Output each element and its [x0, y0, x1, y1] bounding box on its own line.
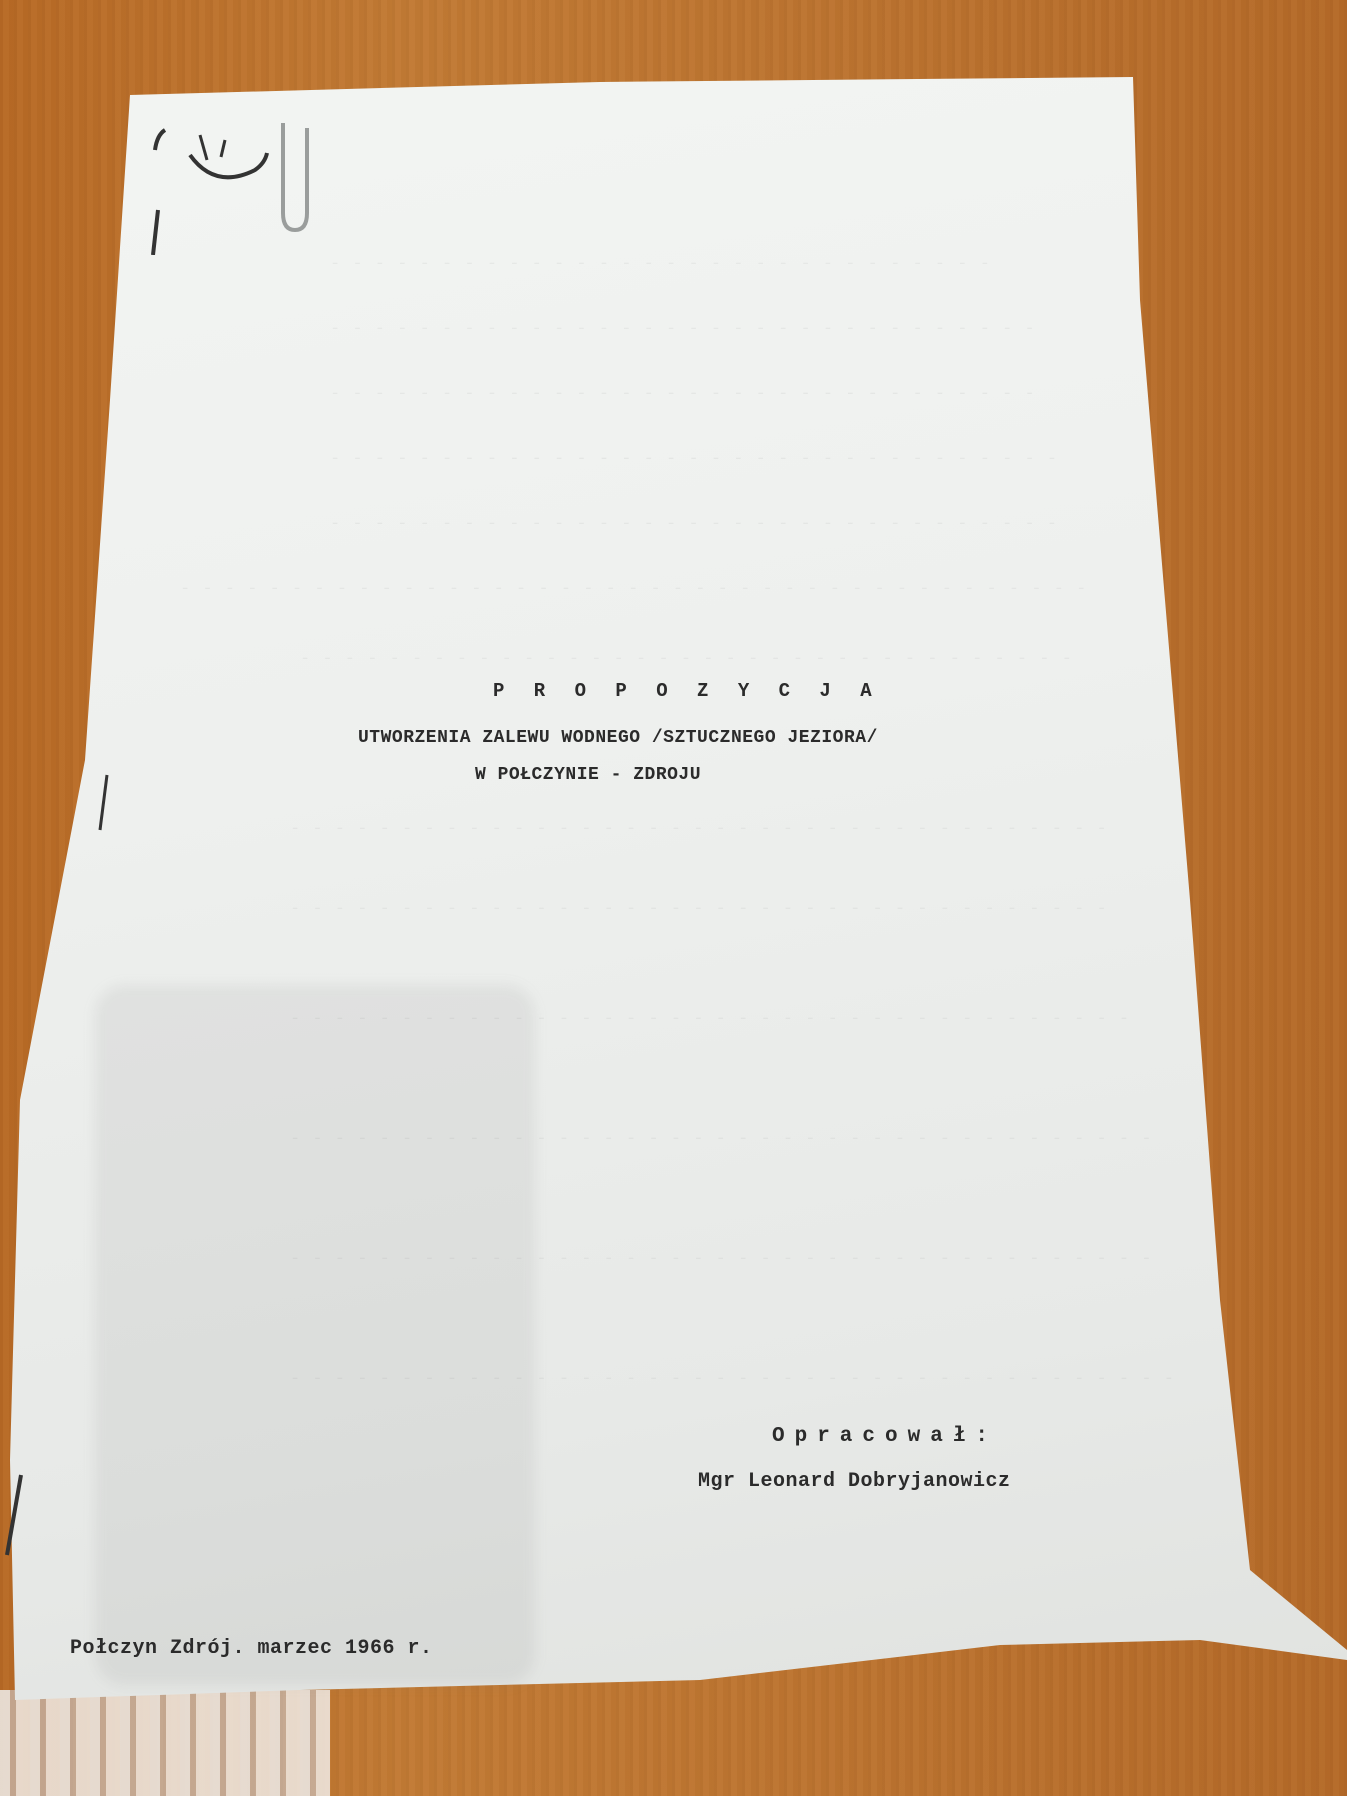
photo-shadow [95, 985, 535, 1685]
table-glare [0, 1690, 330, 1796]
place-and-date: Połczyn Zdrój. marzec 1966 r. [70, 1637, 433, 1660]
margin-mark-icon [3, 1470, 28, 1560]
handwritten-scribble-icon [145, 115, 290, 255]
document-subtitle: UTWORZENIA ZALEWU WODNEGO /SZTUCZNEGO JE… [358, 728, 878, 748]
document-subtitle-location: W POŁCZYNIE - ZDROJU [475, 765, 701, 785]
margin-mark-icon [95, 770, 115, 840]
author-name: Mgr Leonard Dobryjanowicz [698, 1470, 1011, 1493]
document-title: P R O P O Z Y C J A [493, 680, 881, 702]
prepared-by-label: Opracował: [772, 1425, 998, 1448]
